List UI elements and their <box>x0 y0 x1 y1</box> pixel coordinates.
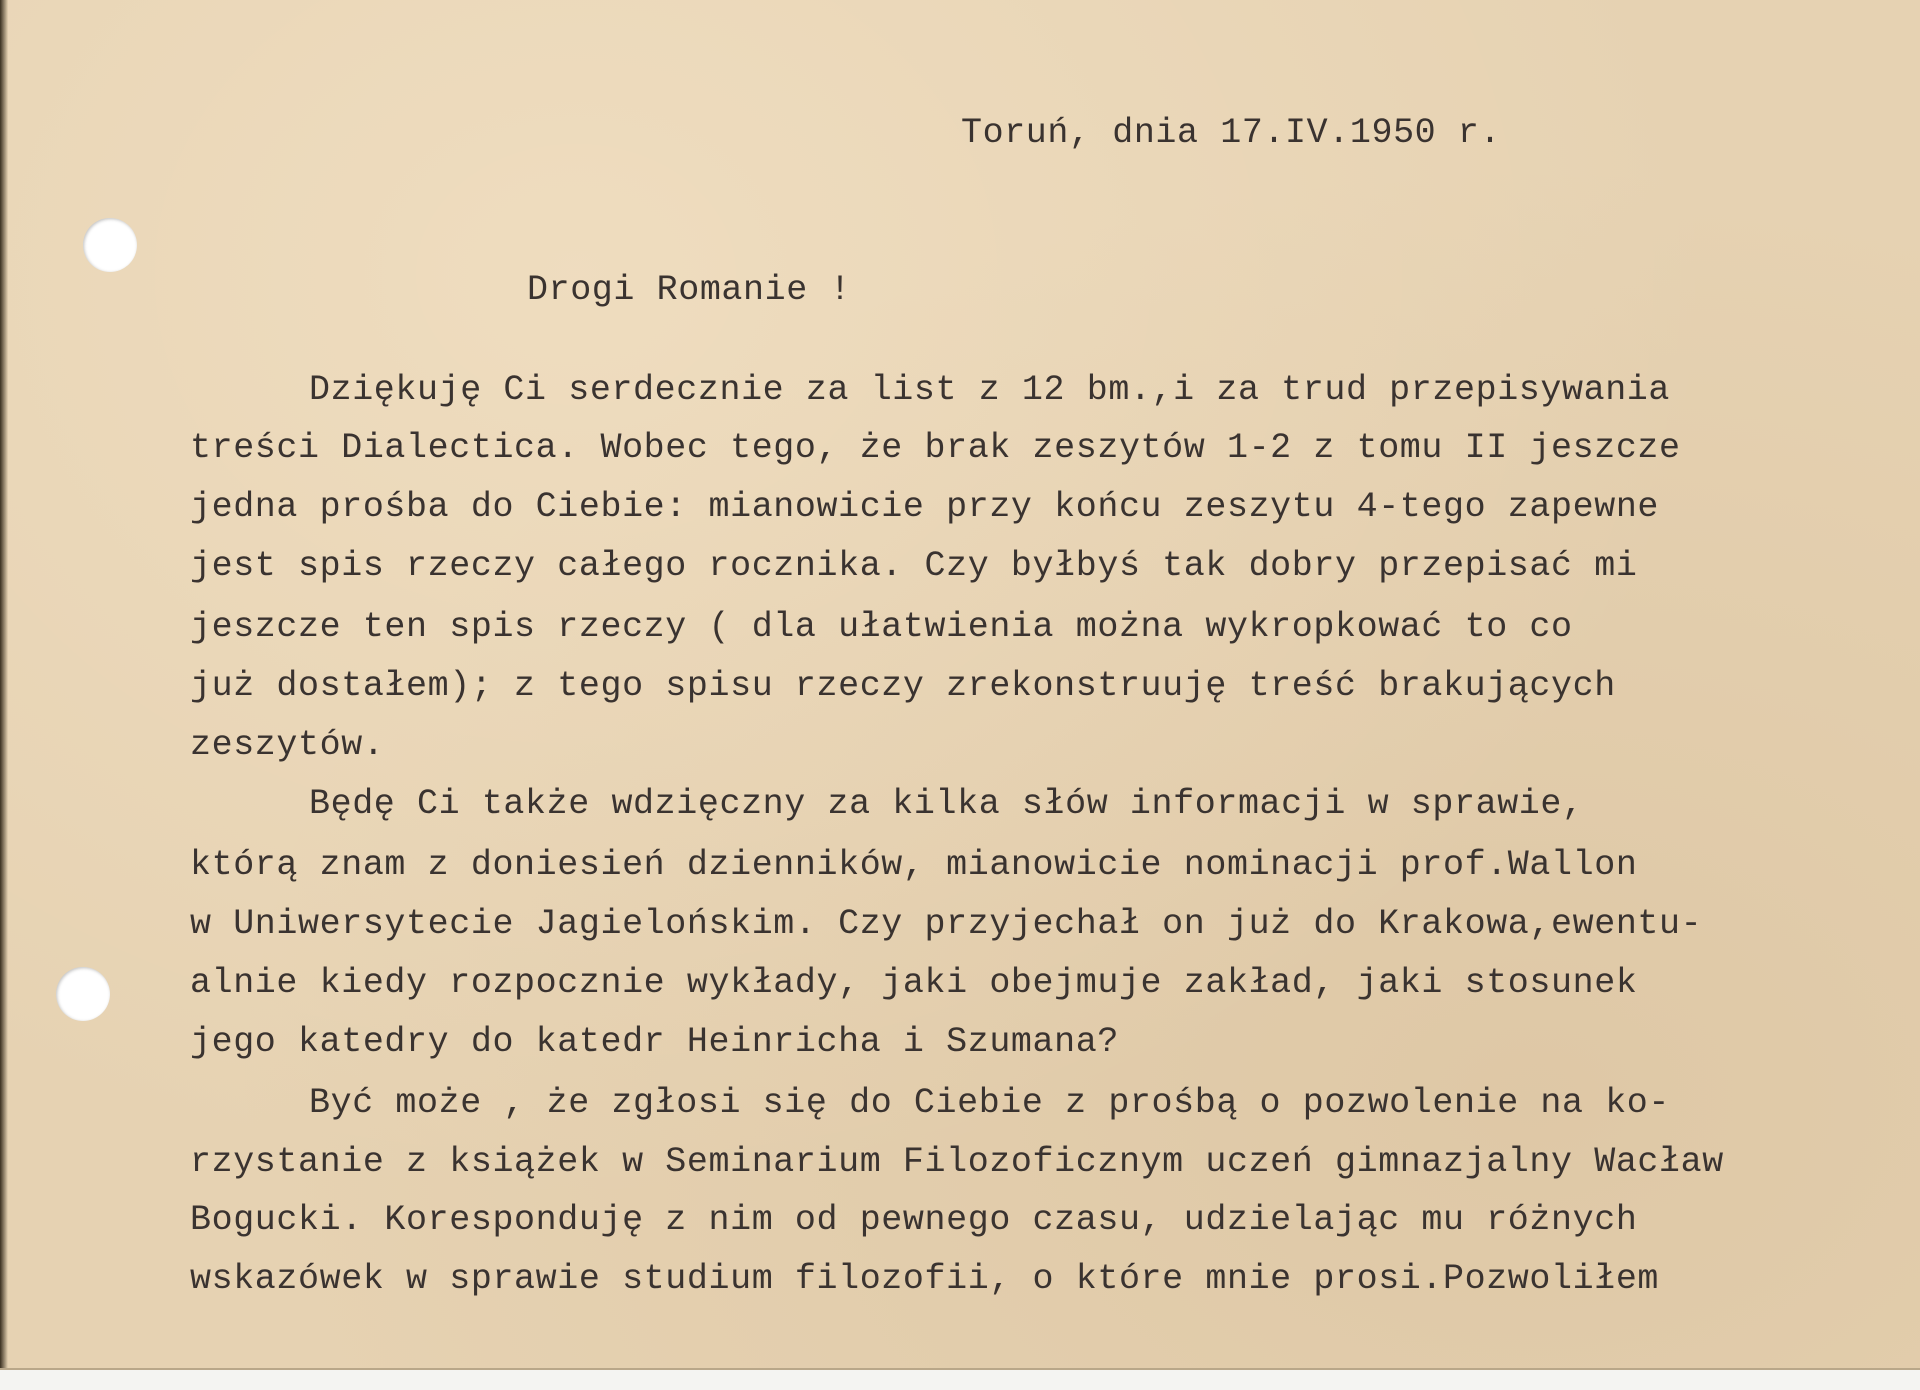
scan-bottom-edge <box>0 1368 1920 1390</box>
punch-hole-bottom <box>56 967 110 1021</box>
letter-line: którą znam z doniesień dzienników, miano… <box>190 845 1637 885</box>
letter-line: Być może , że zgłosi się do Ciebie z pro… <box>309 1083 1670 1123</box>
letter-line: jest spis rzeczy całego rocznika. Czy by… <box>190 546 1637 586</box>
letter-line: Będę Ci także wdzięczny za kilka słów in… <box>309 784 1584 824</box>
letter-line: jego katedry do katedr Heinricha i Szuma… <box>190 1022 1119 1062</box>
salutation: Drogi Romanie ! <box>527 270 851 310</box>
punch-hole-top <box>83 218 137 272</box>
letter-line: jedna prośba do Ciebie: mianowicie przy … <box>190 487 1659 527</box>
date-line: Toruń, dnia 17.IV.1950 r. <box>961 113 1501 153</box>
letter-line: już dostałem); z tego spisu rzeczy zreko… <box>190 666 1616 706</box>
letter-page: Toruń, dnia 17.IV.1950 r. Drogi Romanie … <box>0 0 1920 1372</box>
letter-line: jeszcze ten spis rzeczy ( dla ułatwienia… <box>190 607 1573 647</box>
letter-line: w Uniwersytecie Jagielońskim. Czy przyje… <box>190 904 1702 944</box>
paper-left-edge <box>0 0 8 1372</box>
letter-line: treści Dialectica. Wobec tego, że brak z… <box>190 428 1681 468</box>
letter-line: alnie kiedy rozpocznie wykłady, jaki obe… <box>190 963 1637 1003</box>
letter-line: Bogucki. Koresponduję z nim od pewnego c… <box>190 1200 1637 1240</box>
letter-line: Dziękuję Ci serdecznie za list z 12 bm.,… <box>309 370 1670 410</box>
letter-line: wskazówek w sprawie studium filozofii, o… <box>190 1259 1659 1299</box>
letter-line: rzystanie z książek w Seminarium Filozof… <box>190 1142 1724 1182</box>
letter-line: zeszytów. <box>190 725 384 765</box>
